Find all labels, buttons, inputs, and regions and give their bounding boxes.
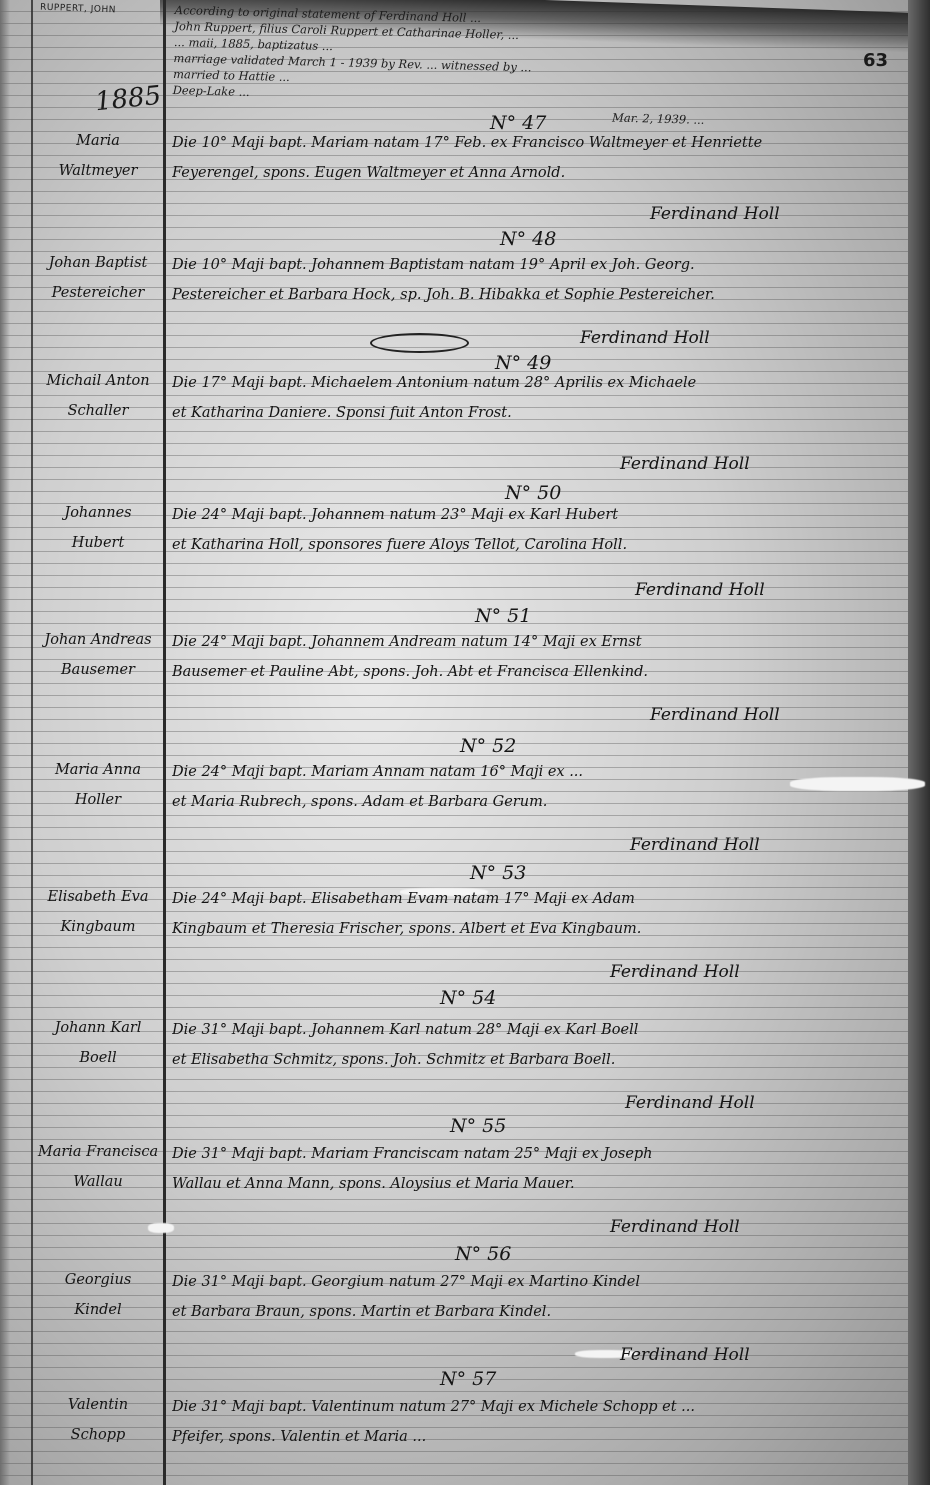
- child-given-name: Johan Andreas: [36, 625, 160, 655]
- entry-record: Die 31° Maji bapt. Georgium natum 27° Ma…: [172, 1267, 892, 1327]
- record-line: Pfeifer, spons. Valentin et Maria ...: [172, 1422, 892, 1452]
- entry-number: N° 57: [440, 1368, 496, 1390]
- record-line: Die 24° Maji bapt. Johannem natum 23° Ma…: [172, 500, 892, 530]
- paper-tear: [148, 1223, 174, 1233]
- child-given-name: Elisabeth Eva: [36, 882, 160, 912]
- entry-record: Die 31° Maji bapt. Johannem Karl natum 2…: [172, 1015, 892, 1075]
- record-line: et Katharina Holl, sponsores fuere Aloys…: [172, 530, 892, 560]
- record-line: Die 10° Maji bapt. Johannem Baptistam na…: [172, 250, 892, 280]
- entry-record: Die 24° Maji bapt. Elisabetham Evam nata…: [172, 884, 892, 944]
- record-line: Pestereicher et Barbara Hock, sp. Joh. B…: [172, 280, 892, 310]
- entry-record: Die 31° Maji bapt. Valentinum natum 27° …: [172, 1392, 892, 1452]
- record-line: Die 31° Maji bapt. Johannem Karl natum 2…: [172, 1015, 892, 1045]
- entry-number: N° 56: [455, 1243, 511, 1265]
- priest-signature: Ferdinand Holl: [630, 835, 760, 855]
- child-given-name: Johannes: [36, 498, 160, 528]
- entry-record: Die 10° Maji bapt. Mariam natam 17° Feb.…: [172, 128, 892, 188]
- child-given-name: Johan Baptist: [36, 248, 160, 278]
- child-given-name: Maria: [36, 126, 160, 156]
- priest-signature: Ferdinand Holl: [650, 705, 780, 725]
- child-name: Johan Andreas Bausemer: [36, 625, 160, 685]
- child-name: Johann Karl Boell: [36, 1013, 160, 1073]
- child-given-name: Maria Francisca: [36, 1137, 160, 1167]
- child-name: Elisabeth Eva Kingbaum: [36, 882, 160, 942]
- record-line: Die 24° Maji bapt. Mariam Annam natam 16…: [172, 757, 892, 787]
- record-line: Die 24° Maji bapt. Johannem Andream natu…: [172, 627, 892, 657]
- child-given-name: Georgius: [36, 1265, 160, 1295]
- entry-number: N° 51: [475, 605, 531, 627]
- entry-record: Die 24° Maji bapt. Johannem Andream natu…: [172, 627, 892, 687]
- record-line: Die 31° Maji bapt. Georgium natum 27° Ma…: [172, 1267, 892, 1297]
- child-surname: Holler: [36, 785, 160, 815]
- entry-number: N° 48: [500, 228, 556, 250]
- child-name: Valentin Schopp: [36, 1390, 160, 1450]
- record-line: et Elisabetha Schmitz, spons. Joh. Schmi…: [172, 1045, 892, 1075]
- child-name: Michail Anton Schaller: [36, 366, 160, 426]
- record-line: Die 31° Maji bapt. Valentinum natum 27° …: [172, 1392, 892, 1422]
- record-line: Die 24° Maji bapt. Elisabetham Evam nata…: [172, 884, 892, 914]
- record-line: Wallau et Anna Mann, spons. Aloysius et …: [172, 1169, 892, 1199]
- child-name: Maria Francisca Wallau: [36, 1137, 160, 1197]
- record-line: Bausemer et Pauline Abt, spons. Joh. Abt…: [172, 657, 892, 687]
- child-surname: Hubert: [36, 528, 160, 558]
- priest-signature: Ferdinand Holl: [620, 454, 750, 474]
- entry-record: Die 17° Maji bapt. Michaelem Antonium na…: [172, 368, 892, 428]
- register-year: 1885: [94, 81, 163, 118]
- child-given-name: Valentin: [36, 1390, 160, 1420]
- child-given-name: Johann Karl: [36, 1013, 160, 1043]
- margin-rule-outer: [31, 0, 33, 1485]
- record-line: Die 31° Maji bapt. Mariam Franciscam nat…: [172, 1139, 892, 1169]
- record-line: et Katharina Daniere. Sponsi fuit Anton …: [172, 398, 892, 428]
- priest-signature: Ferdinand Holl: [620, 1345, 750, 1365]
- priest-signature: Ferdinand Holl: [650, 204, 780, 224]
- child-surname: Schaller: [36, 396, 160, 426]
- register-page: RUPPERT, JOHN According to original stat…: [0, 0, 930, 1485]
- child-surname: Pestereicher: [36, 278, 160, 308]
- priest-signature: Ferdinand Holl: [580, 328, 710, 348]
- scan-edge-left: [0, 0, 10, 1485]
- entry-number: N° 54: [440, 987, 496, 1009]
- entry-record: Die 31° Maji bapt. Mariam Franciscam nat…: [172, 1139, 892, 1199]
- child-surname: Kingbaum: [36, 912, 160, 942]
- child-name: Johan Baptist Pestereicher: [36, 248, 160, 308]
- margin-rule-name-column: [163, 0, 166, 1485]
- record-line: Kingbaum et Theresia Frischer, spons. Al…: [172, 914, 892, 944]
- child-name: Maria Anna Holler: [36, 755, 160, 815]
- entry-number: N° 53: [470, 862, 526, 884]
- page-number: 63: [863, 50, 888, 71]
- child-surname: Boell: [36, 1043, 160, 1073]
- record-line: Die 17° Maji bapt. Michaelem Antonium na…: [172, 368, 892, 398]
- entry-record: Die 10° Maji bapt. Johannem Baptistam na…: [172, 250, 892, 310]
- child-surname: Bausemer: [36, 655, 160, 685]
- scan-edge-right: [908, 0, 930, 1485]
- column-header-left: RUPPERT, JOHN: [40, 3, 116, 16]
- child-surname: Waltmeyer: [36, 156, 160, 186]
- entry-record: Die 24° Maji bapt. Mariam Annam natam 16…: [172, 757, 892, 817]
- child-name: Georgius Kindel: [36, 1265, 160, 1325]
- entry-number: N° 55: [450, 1115, 506, 1137]
- record-line: Feyerengel, spons. Eugen Waltmeyer et An…: [172, 158, 892, 188]
- priest-signature: Ferdinand Holl: [610, 962, 740, 982]
- child-given-name: Maria Anna: [36, 755, 160, 785]
- record-line: et Barbara Braun, spons. Martin et Barba…: [172, 1297, 892, 1327]
- priest-signature: Ferdinand Holl: [635, 580, 765, 600]
- child-surname: Kindel: [36, 1295, 160, 1325]
- ink-mark: [370, 333, 469, 353]
- child-surname: Schopp: [36, 1420, 160, 1450]
- priest-signature: Ferdinand Holl: [625, 1093, 755, 1113]
- child-name: Maria Waltmeyer: [36, 126, 160, 186]
- record-line: et Maria Rubrech, spons. Adam et Barbara…: [172, 787, 892, 817]
- child-surname: Wallau: [36, 1167, 160, 1197]
- child-given-name: Michail Anton: [36, 366, 160, 396]
- entry-number: N° 52: [460, 735, 516, 757]
- entry-record: Die 24° Maji bapt. Johannem natum 23° Ma…: [172, 500, 892, 560]
- child-name: Johannes Hubert: [36, 498, 160, 558]
- paper-tear: [790, 777, 925, 791]
- record-line: Die 10° Maji bapt. Mariam natam 17° Feb.…: [172, 128, 892, 158]
- priest-signature: Ferdinand Holl: [610, 1217, 740, 1237]
